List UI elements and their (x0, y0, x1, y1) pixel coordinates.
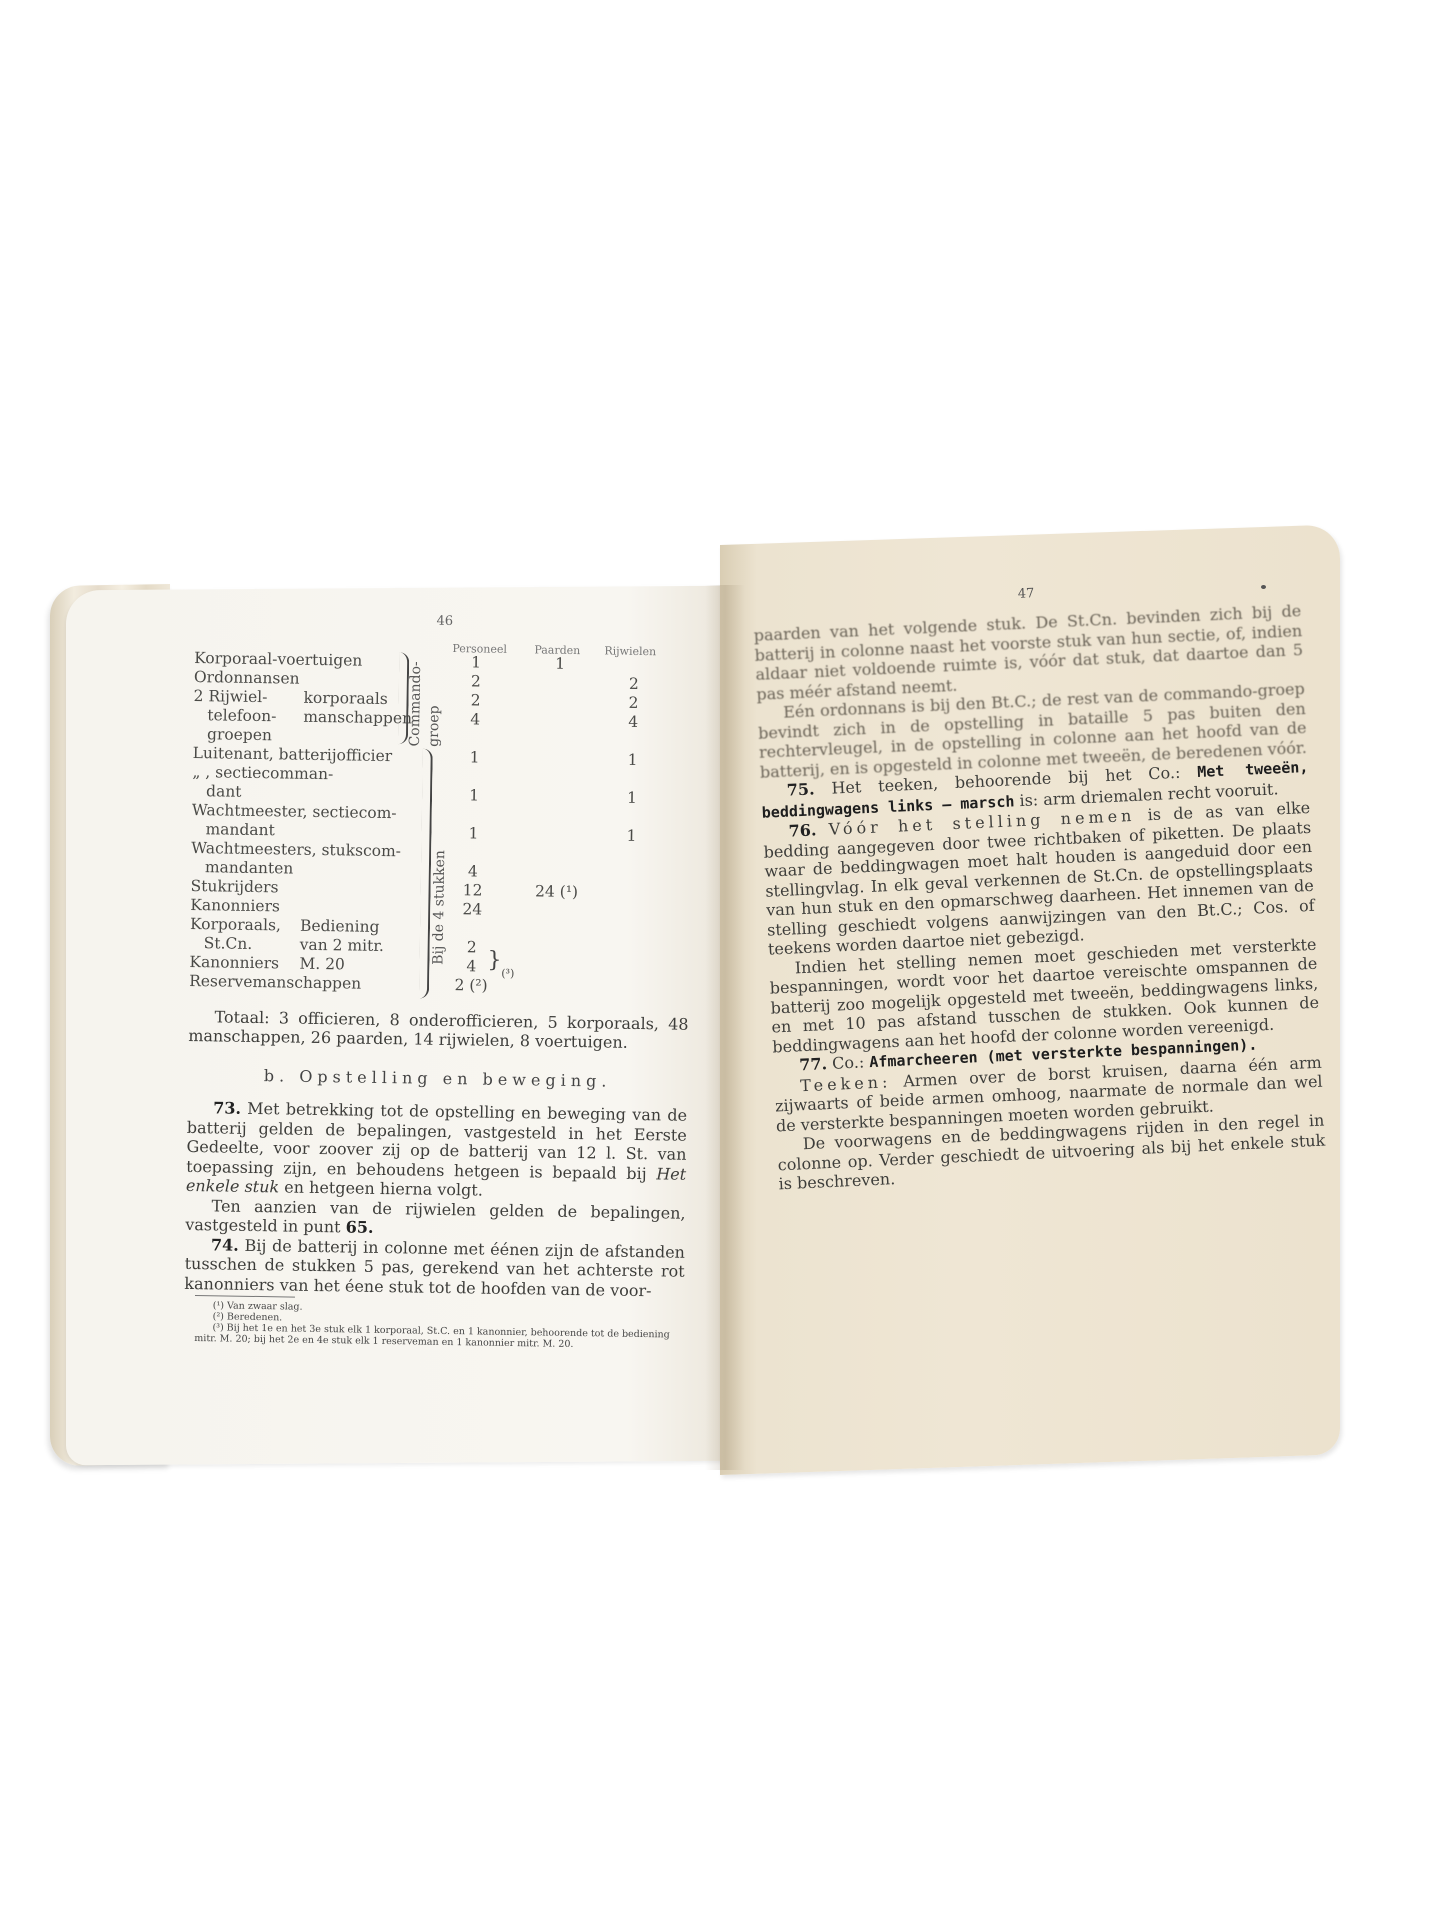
footnote-rule (195, 1295, 295, 1298)
paragraph-number: 74. (211, 1235, 239, 1254)
cell-rijwielen: 1 (612, 789, 652, 809)
section-title: b. Opstelling en beweging. (188, 1065, 688, 1092)
cell-rijwielen (610, 903, 650, 904)
table-row-label: 2 Rijwiel- (193, 687, 267, 707)
paragraph-text: Bij de batterij in colonne met éénen zij… (184, 1235, 685, 1299)
cell-personeel: 12 (452, 881, 492, 901)
cell-personeel: 4 (453, 862, 493, 882)
cell-paarden (529, 844, 585, 845)
table-row-sublabel: manschappen (303, 708, 412, 729)
footnotes: (¹) Van zwaar slag. (²) Beredenen. (³) B… (194, 1295, 695, 1352)
cell-personeel: 1 (454, 786, 494, 806)
cell-paarden (528, 958, 584, 959)
group-label-bij-de-stukken: Bij de 4 stukken (429, 805, 451, 965)
right-page-text: 47 paarden van het volgende stuk. De St.… (752, 572, 1327, 1194)
cell-personeel: 1 (456, 653, 496, 673)
cell-paarden (531, 749, 587, 750)
table-row-label: mandant (205, 820, 275, 840)
cell-personeel: 2 (²) (451, 976, 491, 996)
cell-rijwielen (611, 884, 651, 885)
cell-paarden (528, 939, 584, 940)
cell-personeel: 4 (455, 710, 495, 730)
table-row-sublabel: van 2 mitr. (300, 936, 385, 956)
cell-rijwielen (611, 865, 651, 866)
paragraph-76: 76. Vóór het stelling nemen is de as van… (762, 798, 1316, 959)
paragraph-number: 75. (786, 780, 815, 800)
cell-personeel: 2 (455, 691, 495, 711)
cell-paarden: 1 (532, 654, 588, 674)
cell-rijwielen (610, 922, 650, 923)
table-row-label: Reservemanschappen (189, 972, 361, 994)
cell-paarden (528, 920, 584, 921)
cell-paarden (531, 711, 587, 712)
table-row-label: „ , sectiecomman- (192, 763, 333, 784)
paragraph-text: Met betrekking tot de opstelling en bewe… (186, 1099, 687, 1183)
header-rijwielen: Rijwielen (604, 641, 656, 661)
table-row-label: Ordonnansen (194, 668, 300, 689)
cell-rijwielen: 2 (613, 694, 653, 714)
table-row-label: Korporaal-voertuigen (194, 649, 362, 671)
cell-paarden (530, 806, 586, 807)
table-row-sublabel: M. 20 (299, 955, 345, 975)
table-row-label: dant (206, 782, 242, 802)
cell-paarden (530, 825, 586, 826)
table-row-label: groepen (207, 725, 272, 745)
cell-paarden (531, 730, 587, 731)
point-reference: 65. (346, 1217, 374, 1236)
cell-paarden: 24 (¹) (528, 882, 584, 902)
cell-rijwielen: 2 (614, 675, 654, 695)
paragraph-number: 73. (213, 1098, 241, 1117)
table-row-label: mandanten (205, 858, 294, 878)
table-row-label: Kanonniers (190, 896, 280, 916)
left-page-text: 46 Personeel Paarden Rijwielen Commando-… (184, 608, 695, 1301)
cell-rijwielen: 1 (611, 827, 651, 847)
footnote-ref-3: (³) (501, 964, 514, 983)
cell-personeel: 24 (452, 900, 492, 920)
cell-paarden (532, 692, 588, 693)
table-row-sublabel: korporaals (303, 689, 387, 709)
co-label: Co.: (832, 1052, 870, 1073)
personnel-table: Personeel Paarden Rijwielen Commando- gr… (189, 641, 695, 1013)
cell-personeel: 1 (453, 824, 493, 844)
cell-paarden (531, 768, 587, 769)
cell-personeel: 2 (456, 672, 496, 692)
paragraph-text: Ten aanzien van de rijwielen gelden de b… (185, 1196, 686, 1237)
paragraph-74: 74. Bij de batterij in colonne met éénen… (184, 1234, 685, 1300)
paragraph-73: 73. Met betrekking tot de opstelling en … (186, 1098, 687, 1203)
cell-rijwielen: 4 (613, 713, 653, 733)
cell-personeel: 1 (455, 748, 495, 768)
table-row-label: Stukrijders (190, 877, 278, 897)
table-row-label: Kanonniers (189, 953, 279, 973)
cell-rijwielen (610, 941, 650, 942)
table-row-label: telefoon- (207, 706, 276, 726)
table-row-label: Korporaals, (190, 915, 281, 935)
totaal-summary: Totaal: 3 officieren, 8 onderofficieren,… (188, 1007, 689, 1053)
cell-paarden (527, 977, 583, 978)
cell-rijwielen (609, 979, 649, 980)
table-row-sublabel: Bediening (300, 917, 380, 937)
book-gutter (705, 585, 745, 1470)
paragraph-text: en hetgeen hierna volgt. (279, 1177, 483, 1199)
paragraph-number: 76. (788, 821, 817, 841)
cell-rijwielen: 1 (613, 751, 653, 771)
cell-rijwielen (610, 960, 650, 961)
cell-personeel: 4 (451, 957, 491, 977)
table-row-label: St.Cn. (204, 934, 253, 954)
cell-personeel: 2 (452, 938, 492, 958)
paragraph-number: 77. (799, 1054, 828, 1074)
group-label-commandogroep: Commando- groep (406, 650, 446, 747)
cell-paarden (529, 863, 585, 864)
cell-paarden (530, 787, 586, 788)
